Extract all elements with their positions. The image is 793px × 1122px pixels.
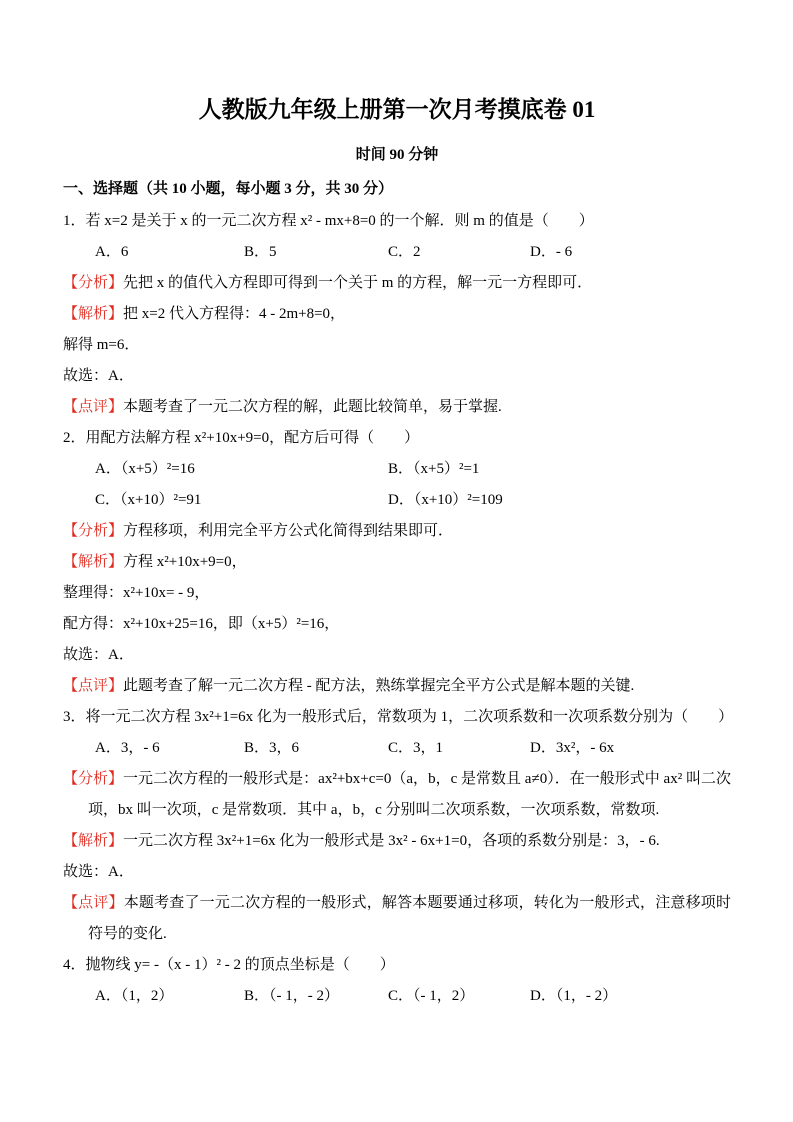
- solution-step: 解得 m=6．: [63, 330, 731, 361]
- option-d: D．（1，- 2）: [530, 981, 731, 1012]
- solution-paragraph: 【解析】把 x=2 代入方程得：4 - 2m+8=0，: [63, 299, 731, 330]
- comment-tag: 【点评】: [63, 399, 123, 415]
- paragraph-text: 此题考查了解一元二次方程 - 配方法，熟练掌握完全平方公式是解本题的关键.: [123, 678, 634, 694]
- option-b: B．5: [244, 237, 388, 268]
- analysis-tag: 【分析】: [63, 771, 123, 787]
- option-d: D．3x²，- 6x: [530, 733, 731, 764]
- page-title: 人教版九年级上册第一次月考摸底卷 01: [63, 94, 731, 126]
- option-a: A．6: [95, 237, 244, 268]
- paragraph-text: 先把 x 的值代入方程即可得到一个关于 m 的方程，解一元一方程即可．: [123, 275, 592, 291]
- option-c: C．（- 1，2）: [388, 981, 530, 1012]
- analysis-tag: 【分析】: [63, 275, 123, 291]
- paragraph-text: 故选：A．: [63, 647, 134, 663]
- answer-line: 故选：A．: [63, 361, 731, 392]
- solution-step: 整理得：x²+10x= - 9，: [63, 578, 731, 609]
- paragraph-text: 方程 x²+10x+9=0，: [123, 554, 247, 570]
- analysis-paragraph: 【分析】一元二次方程的一般形式是：ax²+bx+c=0（a，b，c 是常数且 a…: [63, 764, 731, 826]
- question-1: 1．若 x=2 是关于 x 的一元二次方程 x² - mx+8=0 的一个解．则…: [63, 206, 731, 423]
- question-4-options: A．（1，2） B．（- 1，- 2） C．（- 1，2） D．（1，- 2）: [95, 981, 731, 1012]
- analysis-paragraph: 【分析】方程移项，利用完全平方公式化简得到结果即可．: [63, 516, 731, 547]
- option-d: D．（x+10）²=109: [388, 485, 731, 516]
- paragraph-text: 配方得：x²+10x+25=16，即（x+5）²=16，: [63, 616, 339, 632]
- question-3-stem: 3．将一元二次方程 3x²+1=6x 化为一般形式后，常数项为 1，二次项系数和…: [63, 702, 731, 733]
- solution-paragraph: 【解析】一元二次方程 3x²+1=6x 化为一般形式是 3x² - 6x+1=0…: [63, 826, 731, 857]
- question-3: 3．将一元二次方程 3x²+1=6x 化为一般形式后，常数项为 1，二次项系数和…: [63, 702, 731, 950]
- paragraph-text: 本题考查了一元二次方程的解，此题比较简单，易于掌握.: [123, 399, 502, 415]
- analysis-tag: 【分析】: [63, 523, 123, 539]
- comment-tag: 【点评】: [63, 895, 124, 911]
- analysis-paragraph: 【分析】先把 x 的值代入方程即可得到一个关于 m 的方程，解一元一方程即可．: [63, 268, 731, 299]
- paragraph-text: 一元二次方程 3x²+1=6x 化为一般形式是 3x² - 6x+1=0，各项的…: [123, 833, 660, 849]
- paragraph-text: 把 x=2 代入方程得：4 - 2m+8=0，: [123, 306, 345, 322]
- exam-duration: 时间 90 分钟: [63, 146, 731, 164]
- answer-line: 故选：A．: [63, 857, 731, 888]
- option-a: A．（1，2）: [95, 981, 244, 1012]
- comment-tag: 【点评】: [63, 678, 123, 694]
- question-1-options: A．6 B．5 C．2 D．- 6: [95, 237, 731, 268]
- comment-paragraph: 【点评】本题考查了一元二次方程的解，此题比较简单，易于掌握.: [63, 392, 731, 423]
- option-c: C．（x+10）²=91: [95, 485, 388, 516]
- question-2-options: A．（x+5）²=16 B．（x+5）²=1 C．（x+10）²=91 D．（x…: [95, 454, 731, 516]
- question-2-stem: 2．用配方法解方程 x²+10x+9=0，配方后可得（ ）: [63, 423, 731, 454]
- option-a: A．3，- 6: [95, 733, 244, 764]
- paragraph-text: 方程移项，利用完全平方公式化简得到结果即可．: [123, 523, 453, 539]
- option-b: B．3，6: [244, 733, 388, 764]
- paragraph-text: 故选：A．: [63, 368, 134, 384]
- option-b: B．（- 1，- 2）: [244, 981, 388, 1012]
- question-1-stem: 1．若 x=2 是关于 x 的一元二次方程 x² - mx+8=0 的一个解．则…: [63, 206, 731, 237]
- paragraph-text: 一元二次方程的一般形式是：ax²+bx+c=0（a，b，c 是常数且 a≠0）．…: [88, 771, 731, 818]
- solution-tag: 【解析】: [63, 833, 123, 849]
- option-a: A．（x+5）²=16: [95, 454, 388, 485]
- question-4: 4．抛物线 y= -（x - 1）² - 2 的顶点坐标是（ ） A．（1，2）…: [63, 950, 731, 1012]
- paragraph-text: 整理得：x²+10x= - 9，: [63, 585, 209, 601]
- option-c: C．3，1: [388, 733, 530, 764]
- exam-document-page: 人教版九年级上册第一次月考摸底卷 01 时间 90 分钟 一、选择题（共 10 …: [0, 0, 793, 1122]
- option-c: C．2: [388, 237, 530, 268]
- solution-step: 配方得：x²+10x+25=16，即（x+5）²=16，: [63, 609, 731, 640]
- comment-paragraph: 【点评】此题考查了解一元二次方程 - 配方法，熟练掌握完全平方公式是解本题的关键…: [63, 671, 731, 702]
- question-3-options: A．3，- 6 B．3，6 C．3，1 D．3x²，- 6x: [95, 733, 731, 764]
- questions-content: 1．若 x=2 是关于 x 的一元二次方程 x² - mx+8=0 的一个解．则…: [63, 206, 731, 1012]
- answer-line: 故选：A．: [63, 640, 731, 671]
- paragraph-text: 故选：A．: [63, 864, 134, 880]
- paragraph-text: 本题考查了一元二次方程的一般形式，解答本题要通过移项，转化为一般形式，注意移项时…: [88, 895, 731, 942]
- comment-paragraph: 【点评】本题考查了一元二次方程的一般形式，解答本题要通过移项，转化为一般形式，注…: [63, 888, 731, 950]
- solution-tag: 【解析】: [63, 306, 123, 322]
- option-b: B．（x+5）²=1: [388, 454, 731, 485]
- paragraph-text: 解得 m=6．: [63, 337, 139, 353]
- question-4-stem: 4．抛物线 y= -（x - 1）² - 2 的顶点坐标是（ ）: [63, 950, 731, 981]
- solution-paragraph: 【解析】方程 x²+10x+9=0，: [63, 547, 731, 578]
- section-heading: 一、选择题（共 10 小题，每小题 3 分，共 30 分）: [63, 179, 731, 200]
- option-d: D．- 6: [530, 237, 731, 268]
- solution-tag: 【解析】: [63, 554, 123, 570]
- question-2: 2．用配方法解方程 x²+10x+9=0，配方后可得（ ） A．（x+5）²=1…: [63, 423, 731, 702]
